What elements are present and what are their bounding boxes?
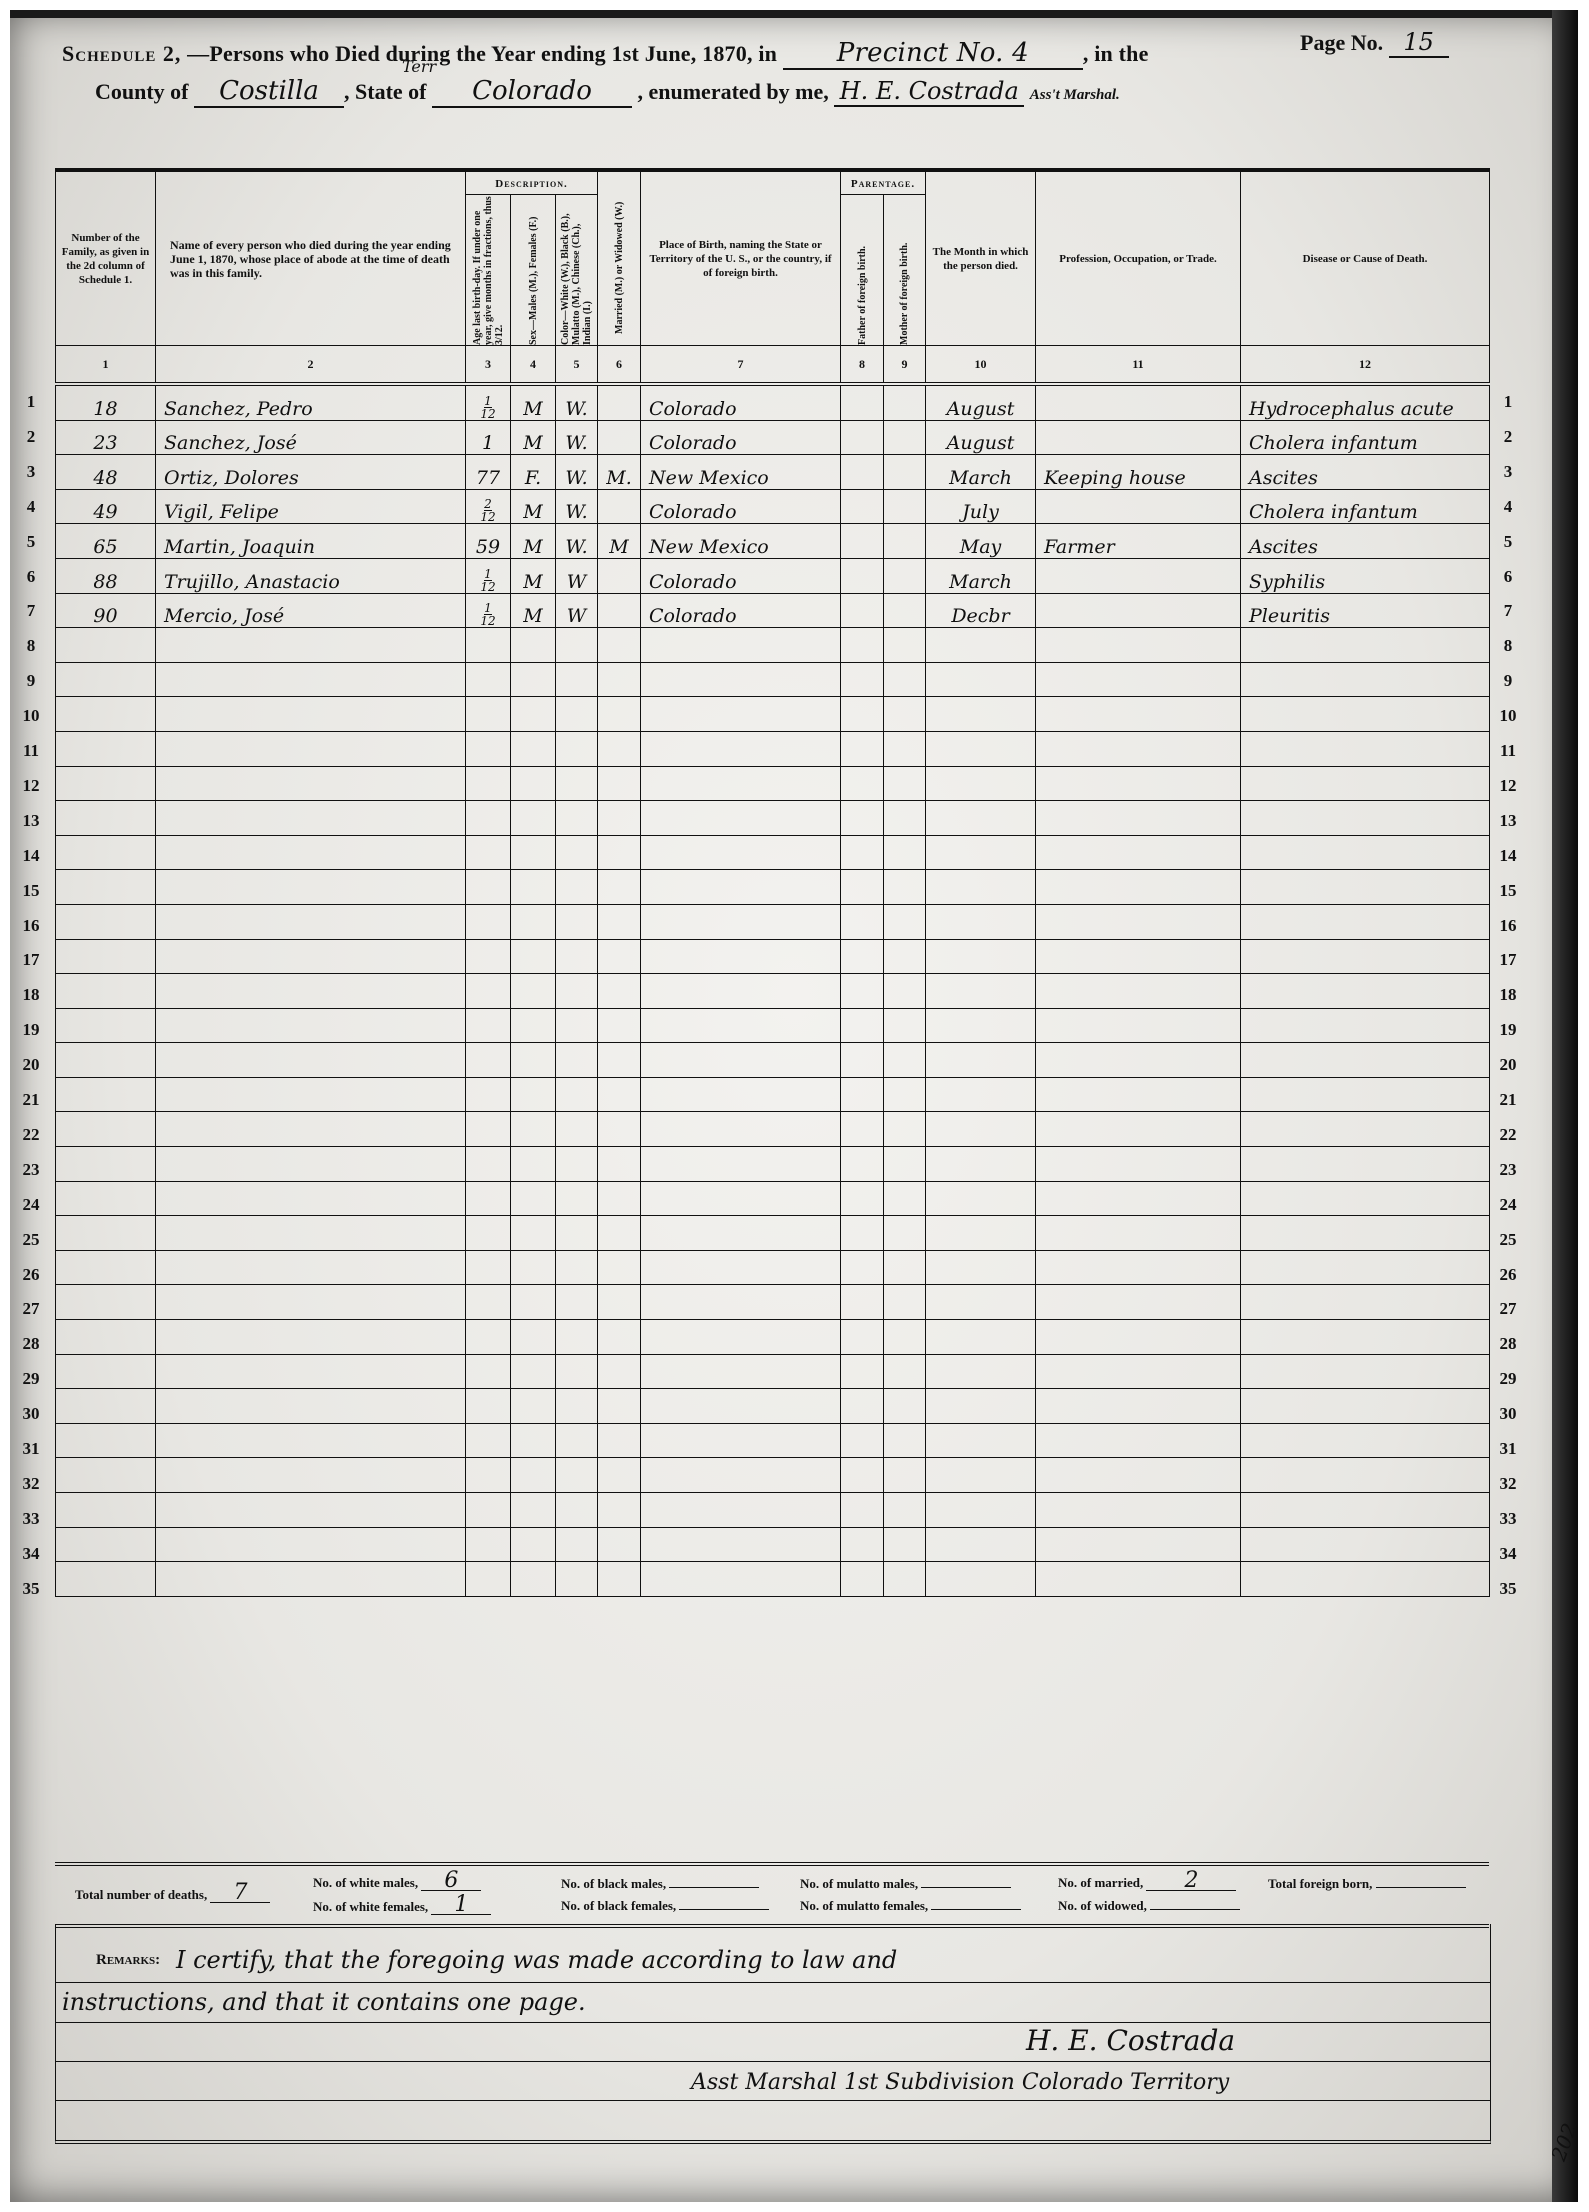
- table-row: [56, 835, 1490, 870]
- cell-occupation: [1036, 593, 1241, 628]
- cell-age: [466, 1320, 511, 1355]
- cell-name: Sanchez, Pedro: [156, 384, 466, 420]
- black-males: No. of black males,: [561, 1876, 759, 1892]
- cell-color: [556, 974, 598, 1009]
- cell-birthplace: [641, 1458, 841, 1493]
- cell-color: [556, 1043, 598, 1078]
- line-number-right: 32: [1493, 1474, 1523, 1494]
- cell-occupation: [1036, 420, 1241, 455]
- cell-father-foreign: [841, 1423, 884, 1458]
- cell-name: [156, 1458, 466, 1493]
- cell-married: [598, 1354, 641, 1389]
- cell-month: [926, 939, 1036, 974]
- cell-mother-foreign: [884, 662, 926, 697]
- cell-month: [926, 1250, 1036, 1285]
- cell-married: [598, 420, 641, 455]
- cell-mother-foreign: [884, 593, 926, 628]
- cell-sex: [511, 870, 556, 905]
- col-num-10: 10: [926, 346, 1036, 385]
- cell-age: 112: [466, 384, 511, 420]
- line-number-right: 20: [1493, 1055, 1523, 1075]
- cell-month: [926, 1354, 1036, 1389]
- cell-married: [598, 1216, 641, 1251]
- cell-cause: [1241, 697, 1490, 732]
- cell-name: [156, 697, 466, 732]
- cell-family: 49: [56, 489, 156, 524]
- cell-occupation: [1036, 1354, 1241, 1389]
- cell-birthplace: [641, 628, 841, 663]
- line-number-right: 19: [1493, 1020, 1523, 1040]
- cell-age: 59: [466, 524, 511, 559]
- line-number-right: 8: [1493, 636, 1523, 656]
- line-number-left: 21: [16, 1090, 46, 1110]
- cell-age: [466, 662, 511, 697]
- cell-sex: [511, 628, 556, 663]
- cell-color: [556, 1389, 598, 1424]
- line-number-left: 34: [16, 1544, 46, 1564]
- group-header-parentage: Parentage.: [841, 170, 926, 195]
- cell-father-foreign: [841, 1493, 884, 1528]
- cell-sex: [511, 697, 556, 732]
- table-row: [56, 766, 1490, 801]
- remarks-line-1: I certify, that the foregoing was made a…: [176, 1946, 897, 1974]
- cell-cause: Cholera infantum: [1241, 489, 1490, 524]
- total-deaths-label: Total number of deaths,: [75, 1887, 207, 1902]
- line-number-left: 5: [16, 532, 46, 552]
- line-number-right: 11: [1493, 741, 1523, 761]
- cell-age: [466, 939, 511, 974]
- cell-month: [926, 1077, 1036, 1112]
- cell-name: Vigil, Felipe: [156, 489, 466, 524]
- cell-sex: [511, 1562, 556, 1597]
- cell-married: [598, 1493, 641, 1528]
- page-no-value: 15: [1389, 28, 1449, 58]
- table-row: [56, 662, 1490, 697]
- cell-mother-foreign: [884, 1320, 926, 1355]
- cell-married: [598, 974, 641, 1009]
- cell-father-foreign: [841, 1077, 884, 1112]
- cell-occupation: [1036, 835, 1241, 870]
- cell-birthplace: [641, 1250, 841, 1285]
- cell-month: [926, 1562, 1036, 1597]
- cell-mother-foreign: [884, 1147, 926, 1182]
- cell-married: [598, 1250, 641, 1285]
- cell-color: [556, 731, 598, 766]
- cell-father-foreign: [841, 766, 884, 801]
- cell-family: [56, 870, 156, 905]
- cell-family: [56, 1389, 156, 1424]
- state-field: Colorado: [432, 76, 632, 108]
- cell-age: [466, 1562, 511, 1597]
- cell-age: [466, 1423, 511, 1458]
- cell-month: [926, 1389, 1036, 1424]
- cell-family: [56, 835, 156, 870]
- cell-father-foreign: [841, 1216, 884, 1251]
- cell-family: [56, 766, 156, 801]
- cell-color: [556, 1285, 598, 1320]
- col-num-1: 1: [56, 346, 156, 385]
- foreign-born: Total foreign born,: [1268, 1876, 1466, 1892]
- table-row: [56, 1389, 1490, 1424]
- cell-color: [556, 1527, 598, 1562]
- cell-sex: [511, 1527, 556, 1562]
- cell-birthplace: New Mexico: [641, 455, 841, 490]
- line-number-left: 24: [16, 1195, 46, 1215]
- cell-occupation: [1036, 1285, 1241, 1320]
- cell-age: [466, 1250, 511, 1285]
- cell-family: [56, 1458, 156, 1493]
- age-fraction: 112: [480, 395, 495, 420]
- cell-mother-foreign: [884, 455, 926, 490]
- cell-age: [466, 1008, 511, 1043]
- cell-sex: M: [511, 524, 556, 559]
- cell-family: 90: [56, 593, 156, 628]
- line-number-right: 5: [1493, 532, 1523, 552]
- cell-occupation: [1036, 1562, 1241, 1597]
- cell-name: [156, 1562, 466, 1597]
- cell-birthplace: Colorado: [641, 489, 841, 524]
- cell-mother-foreign: [884, 766, 926, 801]
- cell-family: [56, 1285, 156, 1320]
- cell-age: [466, 904, 511, 939]
- enumerator-field: H. E. Costrada: [834, 77, 1024, 107]
- cell-married: [598, 1008, 641, 1043]
- col-header-married: Married (M.) or Widowed (W.): [598, 170, 641, 346]
- cell-occupation: [1036, 1181, 1241, 1216]
- table-row: [56, 697, 1490, 732]
- cell-occupation: [1036, 662, 1241, 697]
- cell-month: March: [926, 558, 1036, 593]
- cell-family: 23: [56, 420, 156, 455]
- cell-sex: [511, 766, 556, 801]
- cell-married: M: [598, 524, 641, 559]
- cell-father-foreign: [841, 1354, 884, 1389]
- cell-mother-foreign: [884, 384, 926, 420]
- cell-cause: Pleuritis: [1241, 593, 1490, 628]
- schedule-title-text: —Persons who Died during the Year ending…: [187, 41, 777, 66]
- cell-cause: [1241, 1077, 1490, 1112]
- cell-birthplace: [641, 1147, 841, 1182]
- cell-father-foreign: [841, 1043, 884, 1078]
- line-number-left: 19: [16, 1020, 46, 1040]
- county-field: Costilla: [194, 76, 344, 108]
- cell-sex: [511, 1354, 556, 1389]
- line-number-left: 1: [16, 392, 46, 412]
- cell-age: [466, 1493, 511, 1528]
- cell-occupation: Keeping house: [1036, 455, 1241, 490]
- cell-name: Ortiz, Dolores: [156, 455, 466, 490]
- cell-name: [156, 1527, 466, 1562]
- cell-age: 1: [466, 420, 511, 455]
- cell-occupation: [1036, 1458, 1241, 1493]
- cell-month: [926, 766, 1036, 801]
- cell-father-foreign: [841, 593, 884, 628]
- in-the-label: , in the: [1083, 41, 1149, 66]
- cell-name: [156, 766, 466, 801]
- marshal-title: Asst Marshal 1st Subdivision Colorado Te…: [691, 2070, 1229, 2095]
- cell-sex: [511, 1181, 556, 1216]
- cell-cause: Cholera infantum: [1241, 420, 1490, 455]
- cell-mother-foreign: [884, 489, 926, 524]
- cell-mother-foreign: [884, 697, 926, 732]
- col-num-5: 5: [556, 346, 598, 385]
- cell-month: [926, 731, 1036, 766]
- table-row: [56, 904, 1490, 939]
- cell-father-foreign: [841, 939, 884, 974]
- cell-mother-foreign: [884, 1181, 926, 1216]
- cell-occupation: [1036, 870, 1241, 905]
- cell-family: [56, 1562, 156, 1597]
- cell-family: [56, 1112, 156, 1147]
- col-header-month: The Month in which the person died.: [926, 170, 1036, 346]
- mulatto-females: No. of mulatto females,: [800, 1898, 1021, 1914]
- cell-married: [598, 1077, 641, 1112]
- cell-cause: [1241, 974, 1490, 1009]
- cell-age: [466, 1527, 511, 1562]
- cell-married: [598, 1458, 641, 1493]
- cell-name: [156, 1043, 466, 1078]
- cell-married: [598, 697, 641, 732]
- cell-cause: [1241, 801, 1490, 836]
- line-number-right: 29: [1493, 1369, 1523, 1389]
- cell-month: [926, 1527, 1036, 1562]
- cell-month: August: [926, 384, 1036, 420]
- cell-cause: [1241, 662, 1490, 697]
- cell-color: [556, 1216, 598, 1251]
- cell-sex: [511, 1147, 556, 1182]
- table-row: [56, 1493, 1490, 1528]
- cell-birthplace: [641, 835, 841, 870]
- deaths-table: Number of the Family, as given in the 2d…: [55, 168, 1490, 1597]
- cell-family: 65: [56, 524, 156, 559]
- line-number-left: 20: [16, 1055, 46, 1075]
- cell-mother-foreign: [884, 1008, 926, 1043]
- cell-mother-foreign: [884, 870, 926, 905]
- table-row: 48Ortiz, Dolores77F.W.M.New MexicoMarchK…: [56, 455, 1490, 490]
- cell-cause: [1241, 1354, 1490, 1389]
- cell-sex: F.: [511, 455, 556, 490]
- line-number-right: 3: [1493, 462, 1523, 482]
- col-num-4: 4: [511, 346, 556, 385]
- line-number-right: 18: [1493, 985, 1523, 1005]
- cell-birthplace: Colorado: [641, 558, 841, 593]
- cell-name: Sanchez, José: [156, 420, 466, 455]
- cell-name: [156, 1423, 466, 1458]
- cell-name: [156, 1216, 466, 1251]
- cell-month: [926, 904, 1036, 939]
- mulatto-males: No. of mulatto males,: [800, 1876, 1011, 1892]
- age-fraction: 212: [480, 498, 495, 523]
- cell-father-foreign: [841, 628, 884, 663]
- cell-month: [926, 1493, 1036, 1528]
- col-num-2: 2: [156, 346, 466, 385]
- cell-family: [56, 974, 156, 1009]
- line-number-left: 10: [16, 706, 46, 726]
- cell-cause: Ascites: [1241, 524, 1490, 559]
- cell-cause: [1241, 1562, 1490, 1597]
- cell-month: May: [926, 524, 1036, 559]
- cell-mother-foreign: [884, 1216, 926, 1251]
- cell-family: [56, 731, 156, 766]
- black-females: No. of black females,: [561, 1898, 769, 1914]
- cell-mother-foreign: [884, 420, 926, 455]
- cell-father-foreign: [841, 1112, 884, 1147]
- cell-occupation: [1036, 628, 1241, 663]
- cell-mother-foreign: [884, 1250, 926, 1285]
- cell-name: [156, 1389, 466, 1424]
- cell-age: [466, 835, 511, 870]
- cell-color: W: [556, 593, 598, 628]
- cell-name: [156, 1354, 466, 1389]
- cell-mother-foreign: [884, 1077, 926, 1112]
- cell-family: [56, 1043, 156, 1078]
- cell-occupation: [1036, 801, 1241, 836]
- cell-month: [926, 1008, 1036, 1043]
- cell-sex: M: [511, 420, 556, 455]
- cell-birthplace: [641, 1389, 841, 1424]
- cell-sex: [511, 1112, 556, 1147]
- col-header-father-foreign: Father of foreign birth.: [841, 195, 884, 346]
- cell-month: [926, 870, 1036, 905]
- cell-family: [56, 1077, 156, 1112]
- cell-birthplace: [641, 1043, 841, 1078]
- table-row: [56, 1216, 1490, 1251]
- cell-occupation: [1036, 904, 1241, 939]
- line-number-right: 21: [1493, 1090, 1523, 1110]
- cell-month: [926, 1216, 1036, 1251]
- cell-month: Decbr: [926, 593, 1036, 628]
- cell-mother-foreign: [884, 1493, 926, 1528]
- cell-birthplace: Colorado: [641, 420, 841, 455]
- cell-mother-foreign: [884, 904, 926, 939]
- cell-birthplace: [641, 1112, 841, 1147]
- line-number-right: 7: [1493, 601, 1523, 621]
- col-header-sex: Sex—Males (M.), Females (F.): [511, 195, 556, 346]
- table-row: [56, 1112, 1490, 1147]
- col-header-family-number: Number of the Family, as given in the 2d…: [56, 170, 156, 346]
- cell-occupation: [1036, 1043, 1241, 1078]
- age-fraction: 112: [480, 602, 495, 627]
- county-label: County of: [95, 79, 189, 104]
- cell-father-foreign: [841, 697, 884, 732]
- cell-cause: [1241, 628, 1490, 663]
- line-number-left: 14: [16, 846, 46, 866]
- page-no-label: Page No.: [1300, 30, 1383, 55]
- cell-month: [926, 662, 1036, 697]
- cell-father-foreign: [841, 420, 884, 455]
- cell-sex: M: [511, 489, 556, 524]
- cell-married: [598, 628, 641, 663]
- cell-age: [466, 1216, 511, 1251]
- line-number-left: 8: [16, 636, 46, 656]
- line-number-left: 35: [16, 1579, 46, 1599]
- cell-month: March: [926, 455, 1036, 490]
- cell-birthplace: [641, 1181, 841, 1216]
- cell-month: [926, 1147, 1036, 1182]
- cell-birthplace: [641, 1008, 841, 1043]
- cell-month: [926, 1043, 1036, 1078]
- cell-mother-foreign: [884, 731, 926, 766]
- line-number-left: 26: [16, 1265, 46, 1285]
- table-row: [56, 1008, 1490, 1043]
- col-num-9: 9: [884, 346, 926, 385]
- cell-father-foreign: [841, 1320, 884, 1355]
- cell-cause: Hydrocephalus acute: [1241, 384, 1490, 420]
- cell-name: [156, 731, 466, 766]
- cell-color: [556, 1354, 598, 1389]
- line-number-left: 28: [16, 1334, 46, 1354]
- cell-father-foreign: [841, 1562, 884, 1597]
- cell-color: W.: [556, 455, 598, 490]
- table-row: [56, 1423, 1490, 1458]
- line-number-right: 15: [1493, 881, 1523, 901]
- table-row: [56, 1562, 1490, 1597]
- cell-family: [56, 628, 156, 663]
- cell-birthplace: [641, 1562, 841, 1597]
- table-row: [56, 1320, 1490, 1355]
- cell-birthplace: [641, 1320, 841, 1355]
- line-number-right: 4: [1493, 497, 1523, 517]
- cell-family: [56, 904, 156, 939]
- cell-cause: [1241, 1423, 1490, 1458]
- cell-month: July: [926, 489, 1036, 524]
- cell-family: [56, 1320, 156, 1355]
- cell-color: [556, 1493, 598, 1528]
- cell-father-foreign: [841, 870, 884, 905]
- cell-occupation: [1036, 384, 1241, 420]
- totals-section: Total number of deaths, 7 No. of white m…: [55, 1862, 1489, 1928]
- cell-age: 112: [466, 558, 511, 593]
- schedule-title: Schedule 2, —Persons who Died during the…: [62, 38, 1149, 70]
- col-num-8: 8: [841, 346, 884, 385]
- col-num-3: 3: [466, 346, 511, 385]
- table-row: 65Martin, Joaquin59MW.MNew MexicoMayFarm…: [56, 524, 1490, 559]
- cell-color: [556, 801, 598, 836]
- cell-family: [56, 1354, 156, 1389]
- cell-married: [598, 1112, 641, 1147]
- cell-color: [556, 1112, 598, 1147]
- subdivision-field: Precinct No. 4: [783, 38, 1083, 70]
- cell-father-foreign: [841, 662, 884, 697]
- cell-father-foreign: [841, 1285, 884, 1320]
- cell-cause: [1241, 870, 1490, 905]
- cell-father-foreign: [841, 1181, 884, 1216]
- cell-occupation: [1036, 558, 1241, 593]
- total-deaths: Total number of deaths, 7: [75, 1884, 270, 1903]
- cell-married: [598, 1285, 641, 1320]
- table-row: [56, 870, 1490, 905]
- line-number-left: 4: [16, 497, 46, 517]
- cell-family: [56, 1527, 156, 1562]
- cell-age: [466, 1181, 511, 1216]
- cell-name: [156, 904, 466, 939]
- cell-father-foreign: [841, 489, 884, 524]
- cell-sex: [511, 1043, 556, 1078]
- cell-age: [466, 731, 511, 766]
- cell-name: [156, 1250, 466, 1285]
- line-number-left: 11: [16, 741, 46, 761]
- cell-color: [556, 870, 598, 905]
- cell-birthplace: Colorado: [641, 384, 841, 420]
- line-number-left: 6: [16, 567, 46, 587]
- cell-married: [598, 558, 641, 593]
- cell-name: [156, 939, 466, 974]
- cell-married: [598, 1043, 641, 1078]
- cell-cause: [1241, 1216, 1490, 1251]
- cell-mother-foreign: [884, 628, 926, 663]
- cell-family: 18: [56, 384, 156, 420]
- line-number-right: 33: [1493, 1509, 1523, 1529]
